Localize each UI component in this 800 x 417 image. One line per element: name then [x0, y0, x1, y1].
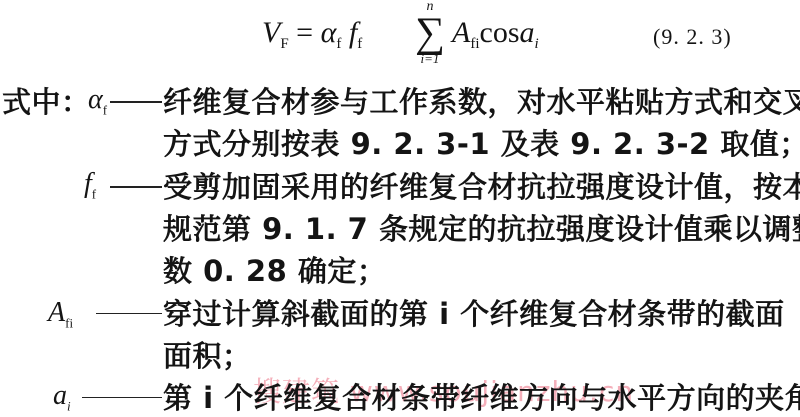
- symbol-text: A: [48, 297, 65, 328]
- symbol-A: A: [452, 16, 470, 49]
- cos-function: cos: [480, 16, 520, 49]
- def-symbol-alpha-f: αf: [88, 84, 107, 119]
- em-dash: [110, 101, 162, 103]
- subscript-f: f: [336, 36, 341, 52]
- definitions-intro: 式中：: [2, 80, 91, 121]
- symbol-sub: i: [67, 399, 71, 414]
- symbol-text: α: [88, 84, 103, 115]
- def-f-line-3: 数 0. 28 确定；: [163, 249, 386, 290]
- sigma-icon: ∑: [410, 14, 450, 52]
- def-symbol-a-i: ai: [53, 380, 71, 415]
- def-alpha-line-1: 纤维复合材参与工作系数，对水平粘贴方式和交叉: [163, 80, 800, 121]
- symbol-text: a: [53, 380, 67, 411]
- subscript-i: i: [535, 36, 539, 52]
- subscript-f2: f: [357, 36, 362, 52]
- def-alpha-line-2: 方式分别按表 9. 2. 3-1 及表 9. 2. 3-2 取值；: [163, 122, 800, 163]
- subscript-F: F: [280, 36, 288, 52]
- formula-rhs: Aficosai: [452, 16, 539, 53]
- symbol-sub: fi: [65, 316, 73, 331]
- symbol-sub: f: [103, 103, 107, 118]
- equals-sign: =: [296, 16, 313, 49]
- subscript-fi: fi: [470, 36, 479, 52]
- em-dash: [110, 186, 162, 188]
- symbol-f: f: [349, 16, 357, 49]
- symbol-sub: f: [92, 187, 96, 202]
- em-dash: [96, 313, 162, 314]
- def-symbol-A-fi: Afi: [48, 297, 73, 332]
- symbol-alpha: α: [321, 16, 337, 49]
- em-dash: [82, 397, 162, 398]
- def-f-line-1: 受剪加固采用的纤维复合材抗拉强度设计值，按本: [163, 165, 800, 206]
- symbol-text: f: [84, 168, 92, 199]
- symbol-V: V: [262, 16, 280, 49]
- def-symbol-f-f: ff: [84, 168, 96, 203]
- summation: n ∑ i=1: [410, 0, 450, 66]
- formula-block: VF = αf ff n ∑ i=1 Aficosai (9. 2. 3): [0, 0, 800, 72]
- symbol-a: a: [520, 16, 535, 49]
- def-A-line-2: 面积；: [163, 334, 252, 375]
- equation-number: (9. 2. 3): [653, 24, 732, 50]
- def-A-line-1: 穿过计算斜截面的第 i 个纤维复合材条带的截面: [163, 292, 785, 333]
- formula-lhs: VF = αf ff: [262, 16, 362, 53]
- def-f-line-2: 规范第 9. 1. 7 条规定的抗拉强度设计值乘以调整系: [163, 207, 800, 248]
- def-a-line-1: 第 i 个纤维复合材条带纤维方向与水平方向的夹角；: [163, 376, 800, 417]
